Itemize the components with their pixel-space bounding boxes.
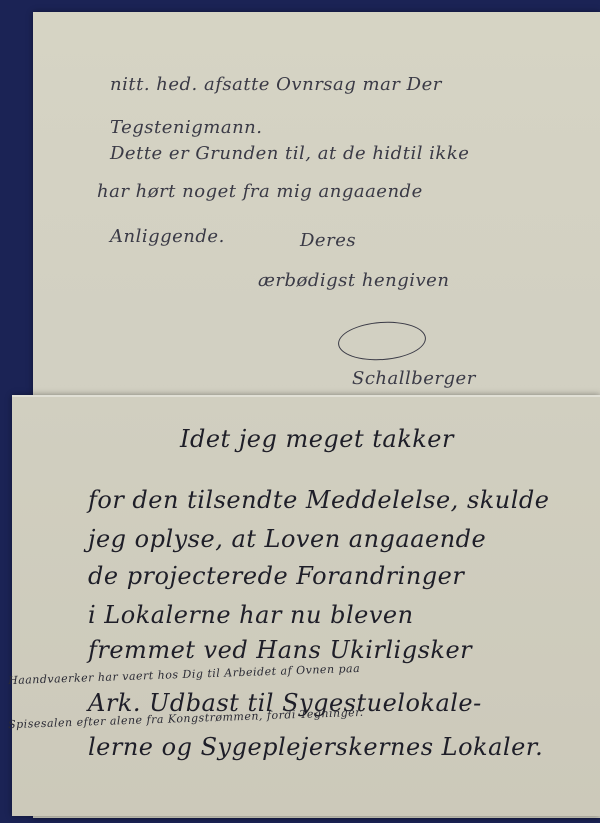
text-line: Tegstenigmann. [110, 117, 263, 138]
text-line: lerne og Sygeplejerskernes Lokaler. [88, 733, 543, 761]
text-line: Dette er Grunden til, at de hidtil ikke [110, 143, 469, 164]
text-line: jeg oplyse, at Loven angaaende [88, 525, 486, 553]
text-line: de projecterede Forandringer [88, 562, 464, 590]
text-line: i Lokalerne har nu bleven [88, 601, 414, 629]
text-line: for den tilsendte Meddelelse, skulde [88, 486, 550, 514]
paper-fold [12, 395, 600, 397]
text-line: Anliggende. [110, 226, 225, 247]
text-line: har hørt noget fra mig angaaende [97, 181, 423, 202]
text-line: Idet jeg meget takker [180, 425, 454, 453]
text-line: nitt. hed. afsatte Ovnrsag mar Der [110, 74, 442, 95]
closing-line: ærbødigst hengiven [258, 270, 449, 291]
signature: Schallberger [352, 368, 476, 389]
closing-line: Deres [300, 230, 356, 251]
text-line: fremmet ved Hans Ukirligsker [88, 636, 472, 664]
